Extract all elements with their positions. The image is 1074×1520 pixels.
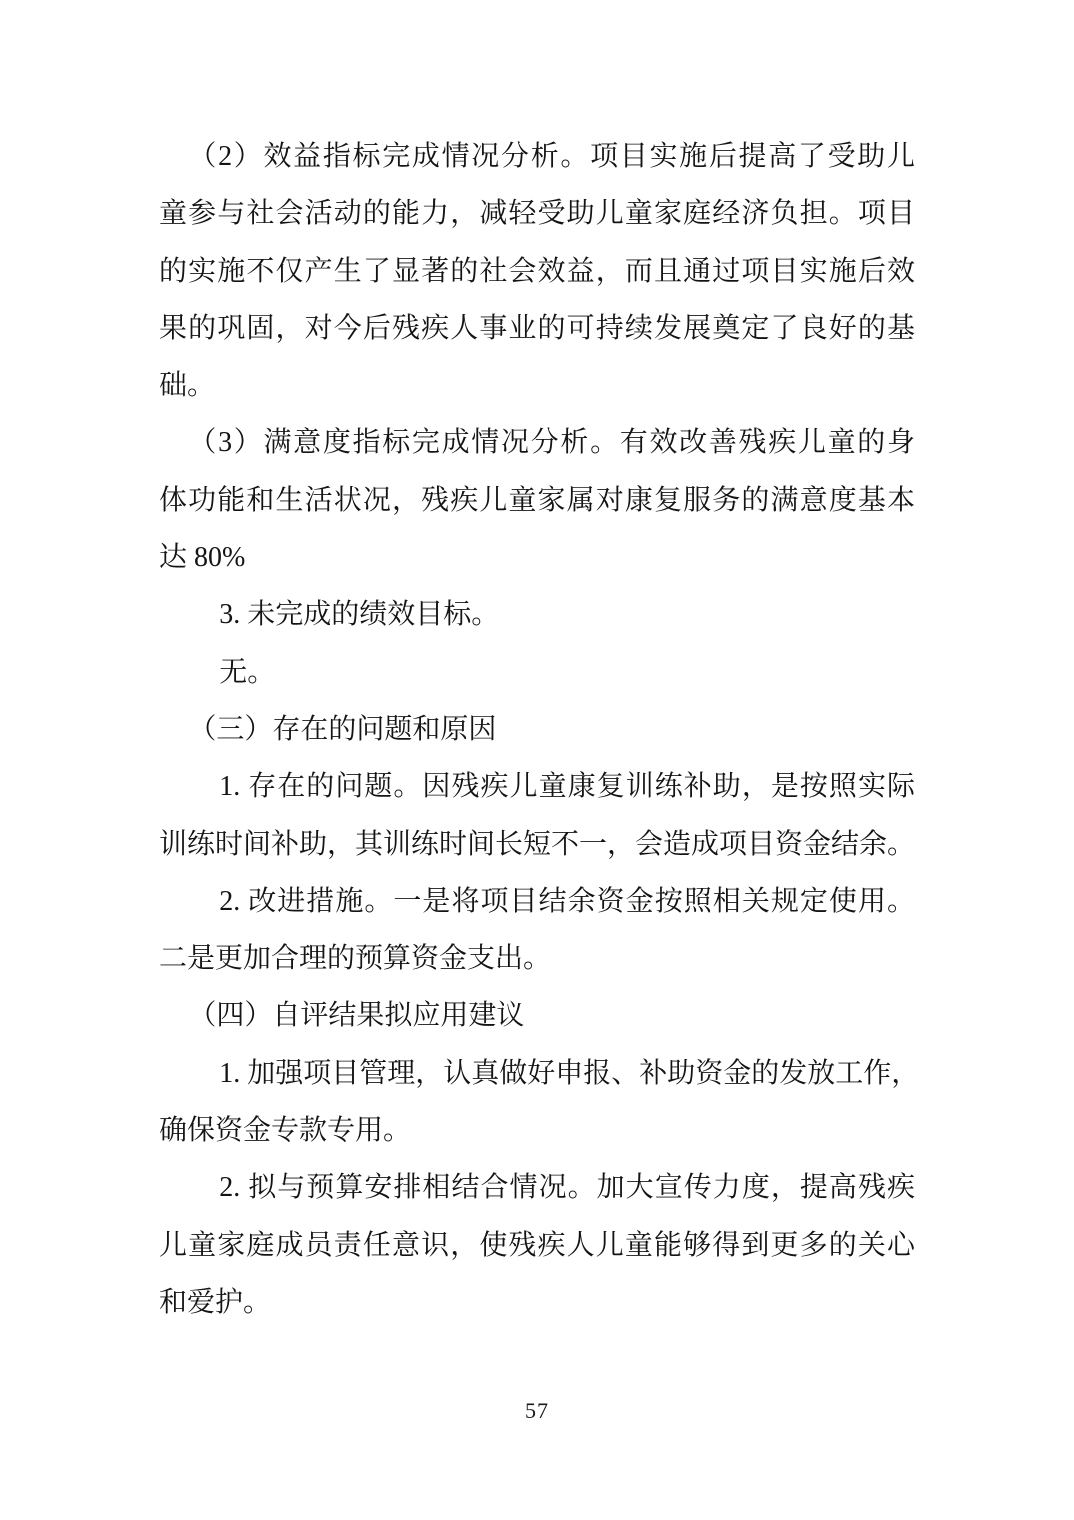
text-line: 2. 改进措施。一是将项目结余资金按照相关规定使用。 bbox=[159, 873, 915, 930]
document-page: （2）效益指标完成情况分析。项目实施后提高了受助儿童参与社会活动的能力，减轻受助… bbox=[0, 0, 1074, 1520]
document-body: （2）效益指标完成情况分析。项目实施后提高了受助儿童参与社会活动的能力，减轻受助… bbox=[159, 128, 915, 1331]
text-line: （3）满意度指标完成情况分析。有效改善残疾儿童的身 bbox=[159, 414, 915, 471]
text-line: 确保资金专款专用。 bbox=[159, 1102, 915, 1159]
text-line: 1. 存在的问题。因残疾儿童康复训练补助，是按照实际 bbox=[159, 758, 915, 815]
text-line: 二是更加合理的预算资金支出。 bbox=[159, 930, 915, 987]
text-line: 儿童家庭成员责任意识，使残疾人儿童能够得到更多的关心 bbox=[159, 1217, 915, 1274]
text-line: 达 80% bbox=[159, 529, 915, 586]
text-line: 的实施不仅产生了显著的社会效益，而且通过项目实施后效 bbox=[159, 243, 915, 300]
text-line: 1. 加强项目管理，认真做好申报、补助资金的发放工作， bbox=[159, 1045, 915, 1102]
page-number: 57 bbox=[525, 1398, 549, 1423]
text-line: 无。 bbox=[159, 644, 915, 701]
text-line: （四）自评结果拟应用建议 bbox=[159, 987, 915, 1044]
text-line: 2. 拟与预算安排相结合情况。加大宣传力度，提高残疾 bbox=[159, 1159, 915, 1216]
text-line: 和爱护。 bbox=[159, 1274, 915, 1331]
text-line: 果的巩固，对今后残疾人事业的可持续发展奠定了良好的基 bbox=[159, 300, 915, 357]
text-line: 童参与社会活动的能力，减轻受助儿童家庭经济负担。项目 bbox=[159, 185, 915, 242]
text-line: 础。 bbox=[159, 357, 915, 414]
text-line: 训练时间补助，其训练时间长短不一，会造成项目资金结余。 bbox=[159, 816, 915, 873]
text-line: 体功能和生活状况，残疾儿童家属对康复服务的满意度基本 bbox=[159, 472, 915, 529]
page-footer: 57 bbox=[0, 1398, 1074, 1424]
text-line: 3. 未完成的绩效目标。 bbox=[159, 586, 915, 643]
text-line: （2）效益指标完成情况分析。项目实施后提高了受助儿 bbox=[159, 128, 915, 185]
text-line: （三）存在的问题和原因 bbox=[159, 701, 915, 758]
